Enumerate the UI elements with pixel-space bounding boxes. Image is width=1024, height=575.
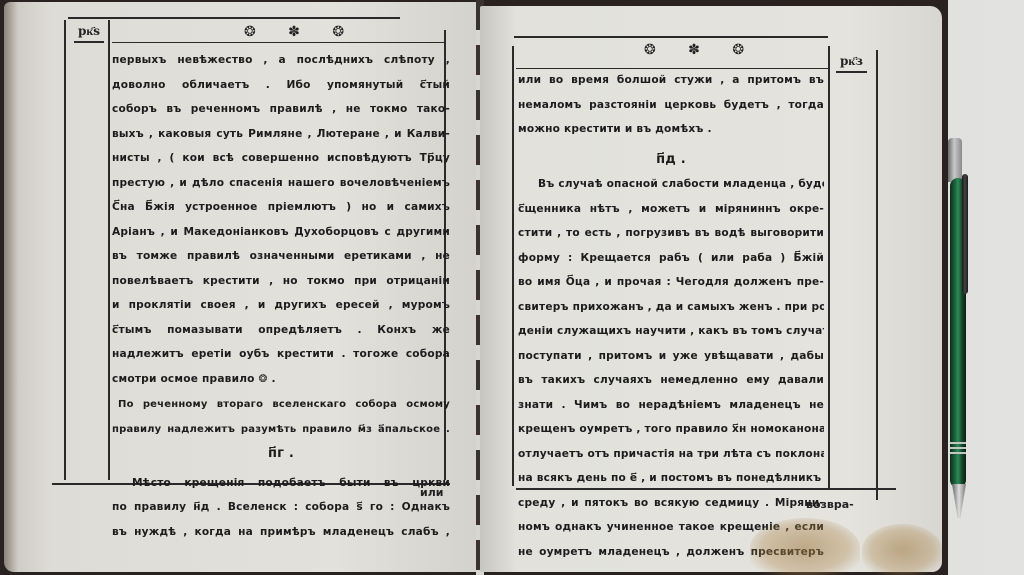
text-line: престую , и дѣло спасенія нашего вочелов…: [112, 171, 450, 196]
top-rule: [514, 36, 828, 38]
text-line: въ нуждѣ , когда на примѣръ младенецъ сл…: [112, 520, 450, 545]
right-page: ❂ ✽ ❂ рк҃з или во время болшой стужи , а…: [480, 6, 942, 572]
text-line: и проклятіи своея , и другихъ ересей , м…: [112, 293, 450, 318]
text-line: знати . Чимъ во нерадѣніемъ младенецъ не: [518, 393, 824, 418]
outer-margin-rule: [64, 20, 66, 480]
text-line: въ такихъ случаяхъ немедленно ему давали: [518, 368, 824, 393]
text-line: крещенъ оумретъ , того правило х҃н номок…: [518, 417, 824, 442]
text-line: с҃щенника нѣтъ , можетъ и міряниннъ окре…: [518, 197, 824, 222]
text-line: повелѣваетъ крестити , но токмо при отри…: [112, 269, 450, 294]
text-line: выхъ , каковыя суть Римляне , Лютеране ,…: [112, 122, 450, 147]
text-line: смотри осмое правило ❂ .: [112, 367, 450, 392]
text-line: соборъ въ реченномъ правилѣ , не токмо т…: [112, 97, 450, 122]
section-heading: п҃д .: [518, 148, 824, 173]
page-number: рк҃з: [836, 54, 867, 73]
text-line: первыхъ невѣжество , а послѣднихъ слѣпот…: [112, 48, 450, 73]
top-rule: [68, 17, 400, 19]
text-line: Аріанъ , и Македоніанковъ Духоборцовъ с …: [112, 220, 450, 245]
text-line: отлучаетъ отъ причастія на три лѣта съ п…: [518, 442, 824, 467]
text-line: С҃на Б҃жія устроенное пріемлютъ ) но и с…: [112, 195, 450, 220]
inner-margin-rule: [108, 20, 110, 480]
text-line: с҃тымъ помазывати опредѣляетъ . Конхъ же: [112, 318, 450, 343]
text-line: Въ случаѣ опасной слабости младенца , бу…: [518, 172, 824, 197]
left-page: рк҃ѕ ❂ ✽ ❂ первыхъ невѣжество , а послѣд…: [4, 2, 478, 572]
right-page-text: или во время болшой стужи , а притомъ въ…: [518, 68, 824, 564]
text-line: поступати , притомъ и уже увѣщавати , да…: [518, 344, 824, 369]
text-line: свитеръ прихожанъ , да и самыхъ женъ . п…: [518, 295, 824, 320]
section-heading: п҃г .: [112, 442, 450, 467]
pen-ring: [950, 447, 966, 449]
text-line: доволно обличаетъ . Ибо упомянутый с҃тый: [112, 73, 450, 98]
left-border-rule: [512, 46, 514, 486]
text-line: нисты , ( кои всѣ совершенно исповѣдуютъ…: [112, 146, 450, 171]
inner-margin-rule: [828, 46, 830, 488]
catchword: или: [420, 486, 443, 499]
text-line: форму : Крещается рабъ ( или раба ) Б҃жі…: [518, 246, 824, 271]
outer-margin-rule: [876, 50, 878, 500]
text-line: среду , и пятокъ во всякую седмицу . Мір…: [518, 491, 824, 516]
text-line: деніи служащихъ научити , какъ въ томъ с…: [518, 319, 824, 344]
pen-cap: [948, 138, 962, 182]
header-ornament: ❂ ✽ ❂: [644, 42, 758, 58]
text-line: во имя О҃ца , и прочая : Чегодля долженъ…: [518, 270, 824, 295]
text-line: стити , то есть , погрузивъ въ водѣ выго…: [518, 221, 824, 246]
text-line: по правилу н҃д . Вселенск : собора ѕ҃ го…: [112, 495, 450, 520]
pen-tip: [952, 484, 966, 518]
text-line: надлежитъ еретіи оубъ крестити . тогоже …: [112, 342, 450, 367]
water-stain: [750, 518, 860, 575]
pen-clip: [962, 174, 968, 294]
note-line: правилу надлежитъ разумѣть правило м҃з а…: [112, 418, 450, 443]
text-line: или во время болшой стужи , а притомъ въ: [518, 68, 824, 93]
header-rule: [112, 42, 444, 43]
text-line: немаломъ разстояніи церковь будетъ , тог…: [518, 93, 824, 118]
text-line: Мѣсто крещенія подобаетъ быти въ цркви: [112, 471, 450, 496]
pen-ring: [950, 452, 966, 454]
left-page-text: первыхъ невѣжество , а послѣднихъ слѣпот…: [112, 48, 450, 544]
header-ornament: ❂ ✽ ❂: [244, 24, 358, 40]
water-stain: [862, 524, 942, 575]
page-number: рк҃ѕ: [74, 24, 104, 43]
green-ballpoint-pen: [940, 138, 980, 518]
text-line: на всякъ день по е҃ , и постомъ въ понед…: [518, 466, 824, 491]
text-line: можно крестити и въ домѣхъ .: [518, 117, 824, 142]
text-line: въ томже правилѣ означенными еретиками ,…: [112, 244, 450, 269]
pen-ring: [950, 442, 966, 444]
note-line: По реченному втораго вселенскаго собора …: [112, 393, 450, 418]
catchword: возвра-: [806, 498, 854, 511]
